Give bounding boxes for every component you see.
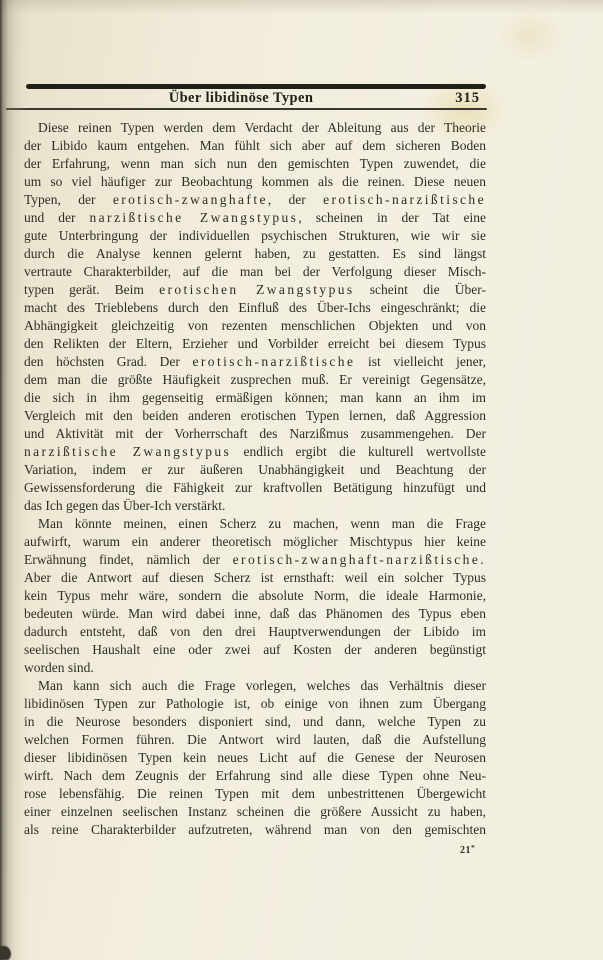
text-run: Typen, der <box>24 192 113 207</box>
text-run: macht des Trieblebens durch den Einfluß … <box>24 300 486 315</box>
text-line: Variation, indem er zur äußeren Unabhäng… <box>24 461 486 479</box>
text-line: Vergleich mit den beiden anderen erotisc… <box>24 407 486 425</box>
signature-mark: 21* <box>460 843 490 856</box>
text-line: dieser libidinösen Typen kein neues Lich… <box>24 749 486 767</box>
emphasized-term: narzißtische Zwangstypus <box>90 210 299 225</box>
emphasized-term: erotisch-narzißtische <box>323 192 486 207</box>
text-line: die sich in ihm gegenseitig ermäßigen kö… <box>24 389 486 407</box>
text-run: bedeuten würde. Man wird dabei inne, daß… <box>24 606 486 621</box>
text-line: den höchsten Grad. Der erotisch-narzißti… <box>24 353 486 371</box>
text-run: durch die Analyse kennen gelernt haben, … <box>24 246 486 261</box>
text-run: in die Neurose besonders disponiert sind… <box>24 714 486 729</box>
text-line: seelischen Haushalt eine oder zwei auf K… <box>24 641 486 659</box>
text-line: kein Typus mehr wäre, sondern die absolu… <box>24 587 486 605</box>
text-line: aufwirft, warum ein anderer theoretisch … <box>24 533 486 551</box>
text-line: um so viel häufiger zur Beobachtung komm… <box>24 173 486 191</box>
text-run: Abhängigkeit gleichzeitig von rezenten m… <box>24 318 486 333</box>
text-line: in die Neurose besonders disponiert sind… <box>24 713 486 731</box>
text-run: als reine Charakterbilder aufzutreten, w… <box>24 822 486 837</box>
text-line: der Libido kaum entgehen. Man fühlt sich… <box>24 137 486 155</box>
text-run: dem man die größte Häufigkeit zusprechen… <box>24 372 486 387</box>
text-line: Man könnte meinen, einen Scherz zu mache… <box>24 515 486 533</box>
text-run: wirft. Nach dem Zeugnis der Erfahrung si… <box>24 768 486 783</box>
text-run: worden sind. <box>24 660 94 675</box>
text-run: kein Typus mehr wäre, sondern die absolu… <box>24 588 486 603</box>
text-line: der Erfahrung, wenn man sich nun den gem… <box>24 155 486 173</box>
text-run: welchen Formen führen. Die Antwort wird … <box>24 732 486 747</box>
text-line: libidinösen Typen zur Pathologie ist, ob… <box>24 695 486 713</box>
text-line: Man kann sich auch die Frage vorlegen, w… <box>24 677 486 695</box>
text-run: dadurch entsteht, daß von den drei Haupt… <box>24 624 486 639</box>
text-run: Man kann sich auch die Frage vorlegen, w… <box>38 678 486 693</box>
text-run: Diese reinen Typen werden dem Verdacht d… <box>38 120 486 135</box>
text-line: und Aktivität mit der Vorherrschaft des … <box>24 425 486 443</box>
text-run: Erwähnung findet, nämlich der <box>24 552 233 567</box>
text-run: gute Unterbringung der individuellen psy… <box>24 228 486 243</box>
text-line: bedeuten würde. Man wird dabei inne, daß… <box>24 605 486 623</box>
text-run: den Relikten der Eltern, Erzieher und Vo… <box>24 336 486 351</box>
text-line: Diese reinen Typen werden dem Verdacht d… <box>24 119 486 137</box>
text-line: Typen, der erotisch-zwanghafte, der erot… <box>24 191 486 209</box>
header-rule-thick <box>26 84 486 89</box>
text-line: Erwähnung findet, nämlich der erotisch-z… <box>24 551 486 569</box>
text-run: , der <box>268 192 323 207</box>
text-line: worden sind. <box>24 659 486 677</box>
text-line: Aber die Antwort auf diesen Scherz ist e… <box>24 569 486 587</box>
text-line: vertraute Charakterbilder, auf die man b… <box>24 263 486 281</box>
scan-corner-mark <box>0 946 11 960</box>
text-run: Aber die Antwort auf diesen Scherz ist e… <box>24 570 486 585</box>
text-run: libidinösen Typen zur Pathologie ist, ob… <box>24 696 486 711</box>
text-run: endlich ergibt die kulturell wertvollste <box>231 444 486 459</box>
text-line: durch die Analyse kennen gelernt haben, … <box>24 245 486 263</box>
text-line: macht des Trieblebens durch den Einfluß … <box>24 299 486 317</box>
page-body: Diese reinen Typen werden dem Verdacht d… <box>24 119 486 839</box>
text-run: dieser libidinösen Typen kein neues Lich… <box>24 750 486 765</box>
text-line: narzißtische Zwangstypus endlich ergibt … <box>24 443 486 461</box>
text-run: , scheinen in der Tat eine <box>298 210 486 225</box>
text-run: einer einzelnen seelischen Instanz schei… <box>24 804 486 819</box>
text-run: Variation, indem er zur äußeren Unabhäng… <box>24 462 486 477</box>
text-run: typen gerät. Beim <box>24 282 159 297</box>
text-line: Gewissensforderung die Fähigkeit zur kra… <box>24 479 486 497</box>
text-run: und der <box>24 210 90 225</box>
text-run: die sich in ihm gegenseitig ermäßigen kö… <box>24 390 486 405</box>
emphasized-term: erotisch-narzißtische <box>193 354 356 369</box>
scan-top-shadow <box>0 0 603 14</box>
text-run: aufwirft, warum ein anderer theoretisch … <box>24 534 486 549</box>
text-line: und der narzißtische Zwangstypus, schein… <box>24 209 486 227</box>
text-line: Abhängigkeit gleichzeitig von rezenten m… <box>24 317 486 335</box>
text-line: welchen Formen führen. Die Antwort wird … <box>24 731 486 749</box>
emphasized-term: narzißtische Zwangstypus <box>24 444 231 459</box>
text-line: das Ich gegen das Über-Ich verstärkt. <box>24 497 486 515</box>
text-run: der Erfahrung, wenn man sich nun den gem… <box>24 156 486 171</box>
paper-stain <box>495 8 565 63</box>
text-run: scheint die Über- <box>355 282 486 297</box>
text-line: dadurch entsteht, daß von den drei Haupt… <box>24 623 486 641</box>
text-run: Man könnte meinen, einen Scherz zu mache… <box>38 516 486 531</box>
text-run: den höchsten Grad. Der <box>24 354 193 369</box>
text-run: rose lebensfähig. Die reinen Typen mit d… <box>24 786 486 801</box>
page-number: 315 <box>380 90 480 107</box>
text-line: den Relikten der Eltern, Erzieher und Vo… <box>24 335 486 353</box>
text-line: einer einzelnen seelischen Instanz schei… <box>24 803 486 821</box>
emphasized-term: erotisch-zwanghafte <box>113 192 268 207</box>
emphasized-term: erotisch-zwanghaft-narzißtische. <box>233 552 486 567</box>
text-line: wirft. Nach dem Zeugnis der Erfahrung si… <box>24 767 486 785</box>
text-run: um so viel häufiger zur Beobachtung komm… <box>24 174 486 189</box>
text-run: ist vielleicht jener, <box>355 354 486 369</box>
text-run: der Libido kaum entgehen. Man fühlt sich… <box>24 138 486 153</box>
text-line: rose lebensfähig. Die reinen Typen mit d… <box>24 785 486 803</box>
signature-number: 21 <box>460 845 471 856</box>
header-rule-thin <box>6 108 487 110</box>
text-run: das Ich gegen das Über-Ich verstärkt. <box>24 498 225 513</box>
text-line: typen gerät. Beim erotischen Zwangstypus… <box>24 281 486 299</box>
emphasized-term: erotischen Zwangstypus <box>159 282 354 297</box>
text-line: gute Unterbringung der individuellen psy… <box>24 227 486 245</box>
scanned-book-page: Über libidinöse Typen 315 Diese reinen T… <box>0 0 603 960</box>
text-run: Gewissensforderung die Fähigkeit zur kra… <box>24 480 486 495</box>
text-run: und Aktivität mit der Vorherrschaft des … <box>24 426 486 441</box>
text-line: dem man die größte Häufigkeit zusprechen… <box>24 371 486 389</box>
text-run: Vergleich mit den beiden anderen erotisc… <box>24 408 486 423</box>
text-run: vertraute Charakterbilder, auf die man b… <box>24 264 486 279</box>
text-run: seelischen Haushalt eine oder zwei auf K… <box>24 642 486 657</box>
text-line: als reine Charakterbilder aufzutreten, w… <box>24 821 486 839</box>
signature-star: * <box>471 843 475 852</box>
